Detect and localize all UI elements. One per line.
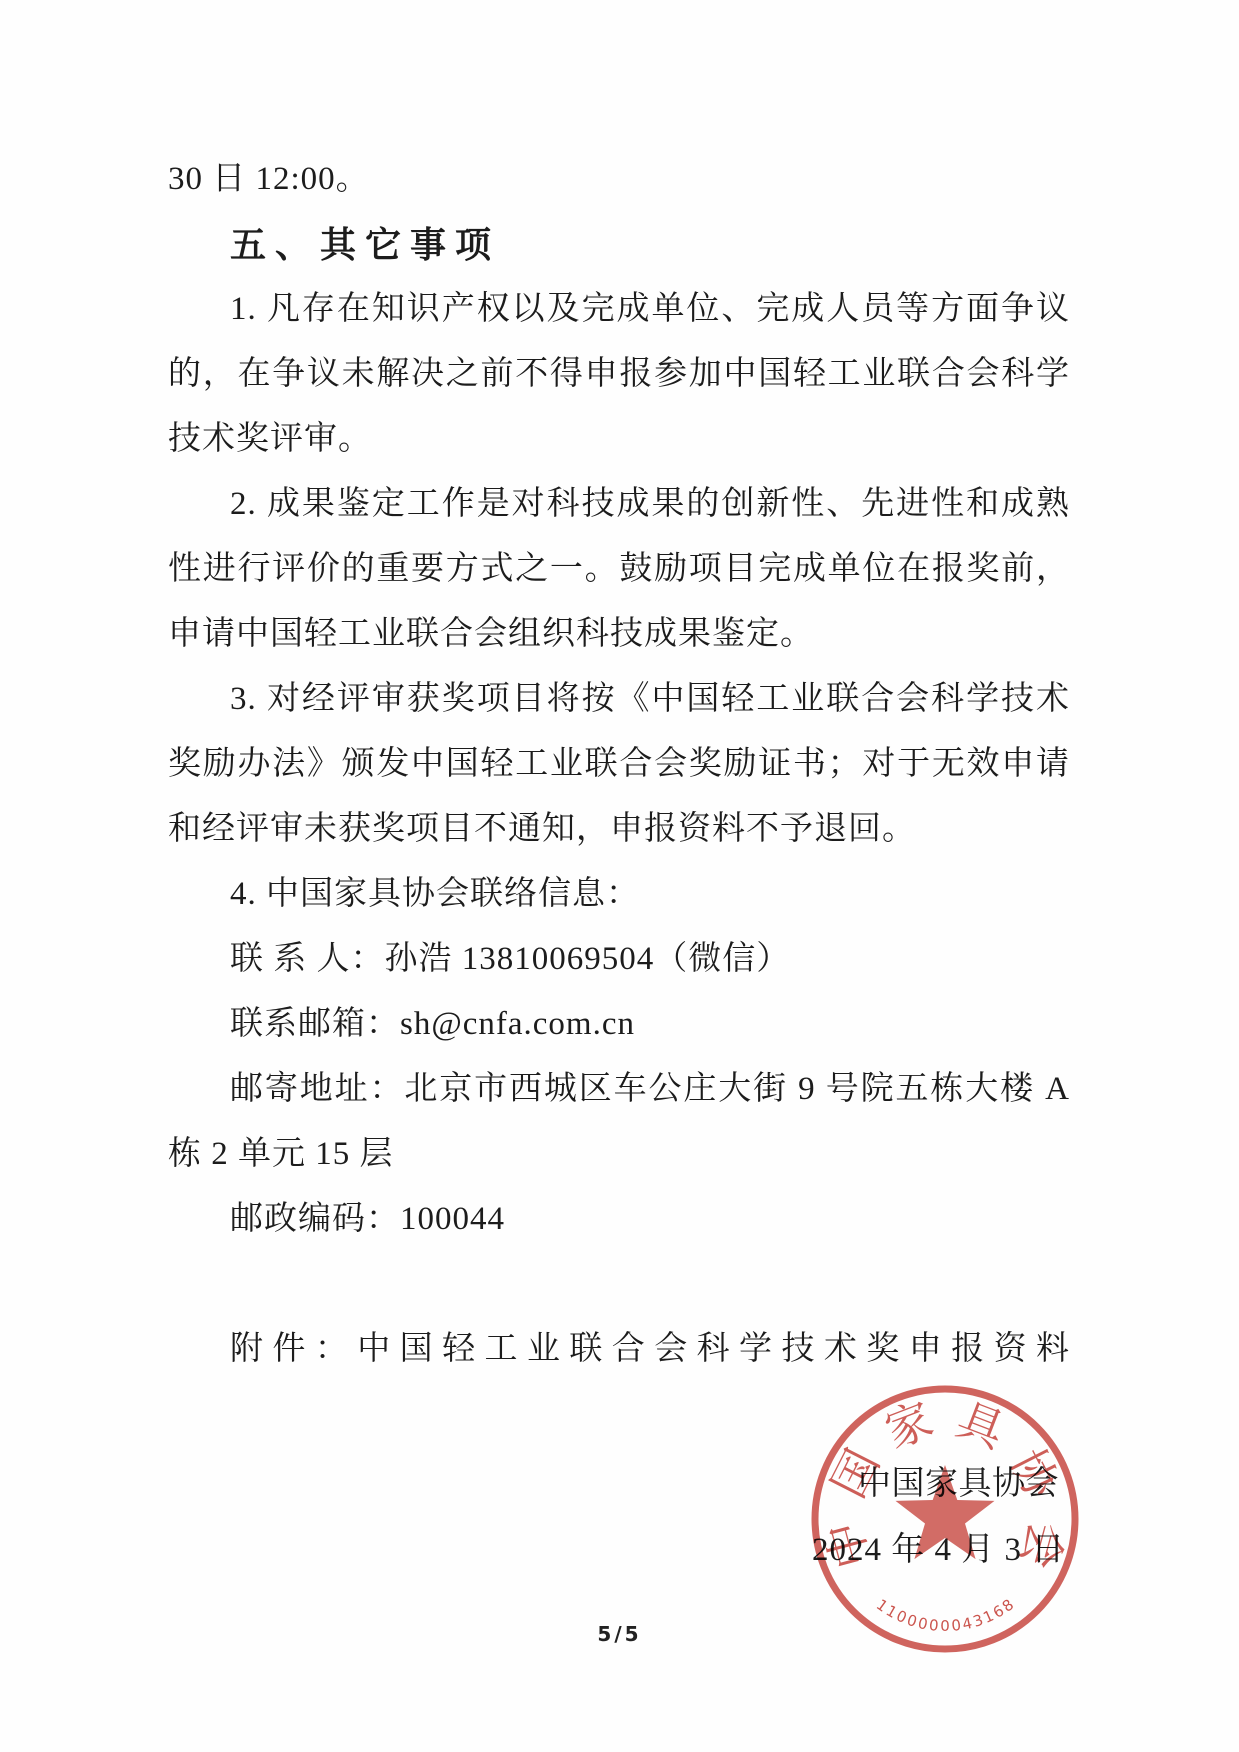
text-line: 奖励办法》颁发中国轻工业联合会奖励证书；对于无效申请 xyxy=(168,732,1070,797)
text-line: 1. 凡存在知识产权以及完成单位、完成人员等方面争议 xyxy=(168,277,1070,342)
seal-serial-digit: 0 xyxy=(916,1614,929,1634)
seal-ring-char: 会 xyxy=(1011,1516,1072,1574)
text-line: 栋 2 单元 15 层 xyxy=(168,1122,1070,1187)
seal-serial-digit: 0 xyxy=(951,1616,962,1635)
text-line: 的，在争议未解决之前不得申报参加中国轻工业联合会科学 xyxy=(168,342,1070,407)
official-seal: 中国家具协会 1100000043168 xyxy=(810,1384,1080,1654)
text-line: 3. 对经评审获奖项目将按《中国轻工业联合会科学技术 xyxy=(168,667,1070,732)
text-line: 邮寄地址：北京市西城区车公庄大街 9 号院五栋大楼 A xyxy=(168,1057,1070,1122)
text-line: 联 系 人：孙浩 13810069504（微信） xyxy=(168,927,1070,992)
text-line: 联系邮箱：sh@cnfa.com.cn xyxy=(168,992,1070,1057)
text-line: 4. 中国家具协会联络信息： xyxy=(168,862,1070,927)
text-line: 2. 成果鉴定工作是对科技成果的创新性、先进性和成熟 xyxy=(168,472,1070,537)
seal-star-icon xyxy=(896,1465,995,1559)
text-line: 性进行评价的重要方式之一。鼓励项目完成单位在报奖前， xyxy=(168,537,1070,602)
document-body: 30 日 12:00。五、其它事项1. 凡存在知识产权以及完成单位、完成人员等方… xyxy=(168,147,1070,1382)
text-line: 申请中国轻工业联合会组织科技成果鉴定。 xyxy=(168,602,1070,667)
seal-ring-char: 中 xyxy=(818,1516,879,1574)
seal-serial-number: 1100000043168 xyxy=(873,1596,1017,1635)
text-line: 附件：中国轻工业联合会科学技术奖申报资料 xyxy=(168,1317,1070,1382)
text-line: 30 日 12:00。 xyxy=(168,147,1070,212)
document-page: 30 日 12:00。五、其它事项1. 凡存在知识产权以及完成单位、完成人员等方… xyxy=(0,0,1239,1752)
text-line: 和经评审未获奖项目不通知，申报资料不予退回。 xyxy=(168,797,1070,862)
seal-serial-digit: 0 xyxy=(928,1616,939,1635)
seal-serial-digit: 0 xyxy=(940,1617,950,1635)
text-line: 邮政编码：100044 xyxy=(168,1187,1070,1252)
section-heading: 五、其它事项 xyxy=(168,212,1070,277)
text-line: 技术奖评审。 xyxy=(168,407,1070,472)
